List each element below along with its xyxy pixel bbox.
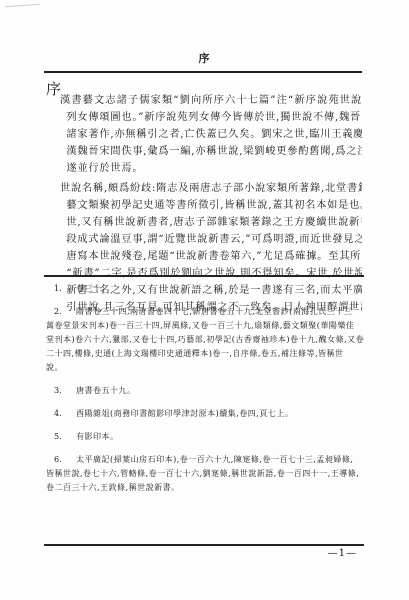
- text-line: “新書”二字,是否爲別於劉向之世說,則不得知矣。宋世,於世說世說: [46, 265, 362, 282]
- footnote-line: 太平廣記(掃葉山房石印本),卷一百六十九,陳寔條,卷一百七十三,孟昶婦條,: [76, 453, 364, 467]
- text-line: 列女傳頌圖也。”新序說苑列女傳今皆傳於世,獨世說不傳,魏晉以來,: [46, 109, 362, 126]
- page-number: —1—: [328, 548, 357, 559]
- header-rule: [44, 71, 362, 73]
- scan-artifact: [5, 4, 40, 7]
- footnote-line: 卷三十。: [76, 282, 364, 296]
- text-line: 世說名稱,頗爲紛歧:隋志及兩唐志子部小說家類所著錄,北堂書鈔、: [46, 180, 362, 197]
- footnote-number: 5.: [46, 430, 76, 444]
- footnote-line: 隋書卷三十四,兩唐書卷四十七,新唐書卷五十九,北堂書鈔(南海孔氏三十三: [76, 305, 364, 319]
- footnote-number: 3.: [46, 384, 76, 398]
- footnote-rule: [44, 275, 364, 277]
- footnotes: 1. 卷三十。 2. 隋書卷三十四,兩唐書卷四十七,新唐書卷五十九,北堂書鈔(南…: [46, 282, 364, 504]
- running-header: 序: [0, 50, 409, 66]
- text-line: 遂並行於世焉。: [46, 160, 362, 177]
- text-line: 漢魏晉宋間佚事,彙爲一編,亦稱世說,梁劉峻更參酌舊聞,爲之注釋,: [46, 143, 362, 160]
- document-page: 序 序 漢書藝文志諸子儒家類“劉向所序六十七篇”注“新序說苑世說 列女傳頌圖也。…: [0, 0, 409, 600]
- footnote-5: 5. 有影印本。: [46, 430, 364, 444]
- footnote-4: 4. 酉陽雜俎(商務印書館影印學津討原本)續集,卷四,頁七上。: [46, 407, 364, 421]
- footnote-3: 3. 唐書卷五十九。: [46, 384, 364, 398]
- text-line: 世,又有稱世說新書者,唐志子部雜家類著錄之王方慶續世說新書,與: [46, 214, 362, 231]
- footnote-line: 萬卷堂景宋刊本)卷一百三十四,屏風條,又卷一百三十九,扇類條,藝文類聚(華陽樂佳: [46, 319, 364, 333]
- text-line: 藝文類聚初學記史通等書所徵引,皆稱世說,蓋其初名本如是也。唐: [46, 197, 362, 214]
- text-line: 唐寫本世說殘卷,尾題“世說新書卷第六,”尤足爲確據。至其所以加: [46, 248, 362, 265]
- footnote-line: 皆稱世說,卷七十六,管輅條,卷一百七十六,劉寔條,稱世說新語,卷一百四十一,王導…: [46, 467, 364, 481]
- paragraph-1: 漢書藝文志諸子儒家類“劉向所序六十七篇”注“新序說苑世說 列女傳頌圖也。”新序說…: [46, 92, 362, 177]
- footnote-line: 有影印本。: [76, 430, 364, 444]
- footnote-number: 4.: [46, 407, 76, 421]
- footnote-6: 6. 太平廣記(掃葉山房石印本),卷一百六十九,陳寔條,卷一百七十三,孟昶婦條,…: [46, 453, 364, 495]
- footnote-1: 1. 卷三十。: [46, 282, 364, 296]
- footnote-2: 2. 隋書卷三十四,兩唐書卷四十七,新唐書卷五十九,北堂書鈔(南海孔氏三十三 萬…: [46, 305, 364, 375]
- text-line: 漢書藝文志諸子儒家類“劉向所序六十七篇”注“新序說苑世說: [46, 92, 362, 109]
- footnote-line: 說。: [46, 361, 364, 375]
- footnote-number: 1.: [46, 282, 76, 296]
- footer-rule: [44, 544, 364, 546]
- footnote-line: 唐書卷五十九。: [76, 384, 364, 398]
- footnote-line: 卷二百三十六,王敦條,稱世說新書。: [46, 481, 364, 495]
- text-line: 段成式論溫豆事,謂“近覽世說新書云,”可爲明證,而近世發見之: [46, 231, 362, 248]
- footnote-line: 酉陽雜俎(商務印書館影印學津討原本)續集,卷四,頁七上。: [76, 407, 364, 421]
- text-line: 諸家著作,亦無稱引之者,亡佚蓋已久矣。劉宋之世,臨川王義慶採摭: [46, 126, 362, 143]
- footnote-line: 二十四,樓條,史通(上海文瑞樓印史通通釋本)卷一,自序條,卷五,補注條等,皆稱世: [46, 347, 364, 361]
- footnote-line: 堂刊本)卷六十六,獵部,又卷七十四,巧藝部,初學記(古香齋袖珍本)卷十九,醜女條…: [46, 333, 364, 347]
